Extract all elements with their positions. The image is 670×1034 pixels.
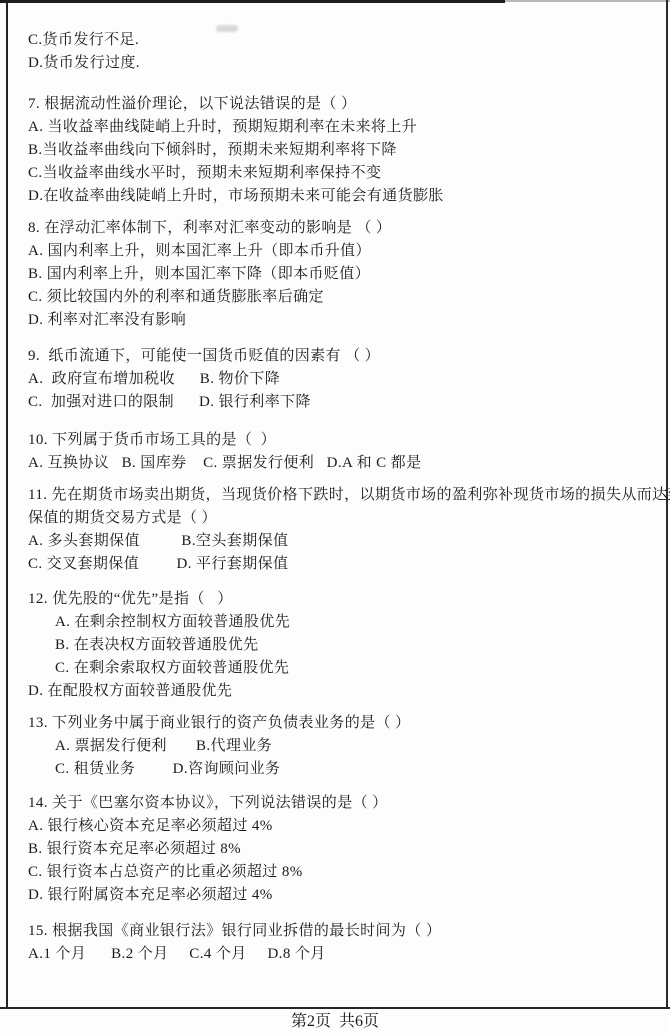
question-text: 7. 根据流动性溢价理论，以下说法错误的是（ ） bbox=[28, 93, 644, 116]
question-10: 10. 下列属于货币市场工具的是（ ）A. 互换协议 B. 国库券 C. 票据发… bbox=[28, 429, 644, 475]
question-6-remaining-options: C.货币发行不足.D.货币发行过度. bbox=[28, 29, 644, 75]
option-d: D.货币发行过度. bbox=[28, 52, 644, 75]
option-a: A. 当收益率曲线陡峭上升时，预期短期利率在未来将上升 bbox=[28, 116, 644, 139]
options-cd: C. 租赁业务 D.咨询顾问业务 bbox=[28, 758, 644, 781]
question-8: 8. 在浮动汇率体制下，利率对汇率变动的影响是 （ ）A. 国内利率上升，则本国… bbox=[28, 217, 644, 332]
question-text: 8. 在浮动汇率体制下，利率对汇率变动的影响是 （ ） bbox=[28, 217, 644, 240]
question-11: 11. 先在期货市场卖出期货，当现货价格下跌时，以期货市场的盈利弥补现货市场的损… bbox=[28, 484, 644, 576]
option-a: A. 银行核心资本充足率必须超过 4% bbox=[28, 815, 644, 838]
question-text: 15. 根据我国《商业银行法》银行同业拆借的最长时间为（ ） bbox=[28, 920, 644, 943]
options-abcd: A.1 个月 B.2 个月 C.4 个月 D.8 个月 bbox=[28, 943, 644, 966]
option-c: C. 银行资本占总资产的比重必须超过 8% bbox=[28, 861, 644, 884]
question-15: 15. 根据我国《商业银行法》银行同业拆借的最长时间为（ ）A.1 个月 B.2… bbox=[28, 920, 644, 966]
page-content: C.货币发行不足.D.货币发行过度.7. 根据流动性溢价理论，以下说法错误的是（… bbox=[28, 29, 644, 966]
question-text: 9. 纸币流通下，可能使一国货币贬值的因素有 （ ） bbox=[28, 345, 644, 368]
question-text: 12. 优先股的“优先”是指（ ） bbox=[28, 588, 644, 611]
option-d: D. 在配股权方面较普通股优先 bbox=[28, 680, 644, 703]
options-abcd: A. 互换协议 B. 国库券 C. 票据发行便利 D.A 和 C 都是 bbox=[28, 452, 644, 475]
option-c: C. 须比较国内外的利率和通货膨胀率后确定 bbox=[28, 286, 644, 309]
question-text: 10. 下列属于货币市场工具的是（ ） bbox=[28, 429, 644, 452]
question-text-continued: 保值的期货交易方式是（ ） bbox=[28, 507, 644, 530]
question-13: 13. 下列业务中属于商业银行的资产负债表业务的是（ ）A. 票据发行便利 B.… bbox=[28, 712, 644, 781]
options-cd: C. 加强对进口的限制 D. 银行利率下降 bbox=[28, 391, 644, 414]
question-text: 14. 关于《巴塞尔资本协议》，下列说法错误的是（ ） bbox=[28, 792, 644, 815]
question-text: 11. 先在期货市场卖出期货，当现货价格下跌时，以期货市场的盈利弥补现货市场的损… bbox=[28, 484, 644, 507]
option-b: B. 国内利率上升，则本国汇率下降（即本币贬值） bbox=[28, 263, 644, 286]
page-border-top bbox=[0, 0, 505, 3]
option-d: D. 银行附属资本充足率必须超过 4% bbox=[28, 884, 644, 907]
option-a: A. 在剩余控制权方面较普通股优先 bbox=[28, 611, 644, 634]
option-d: D.在收益率曲线陡峭上升时，市场预期未来可能会有通货膨胀 bbox=[28, 185, 644, 208]
page-border-right bbox=[666, 0, 668, 1009]
option-c: C.货币发行不足. bbox=[28, 29, 644, 52]
question-14: 14. 关于《巴塞尔资本协议》，下列说法错误的是（ ）A. 银行核心资本充足率必… bbox=[28, 792, 644, 907]
options-ab: A. 政府宣布增加税收 B. 物价下降 bbox=[28, 368, 644, 391]
page-border-top-faint bbox=[505, 0, 670, 2]
scanned-exam-page: C.货币发行不足.D.货币发行过度.7. 根据流动性溢价理论，以下说法错误的是（… bbox=[0, 0, 670, 1034]
options-cd: C. 交叉套期保值 D. 平行套期保值 bbox=[28, 553, 644, 576]
option-b: B.当收益率曲线向下倾斜时，预期未来短期利率将下降 bbox=[28, 139, 644, 162]
option-c: C. 在剩余索取权方面较普通股优先 bbox=[28, 657, 644, 680]
options-ab: A. 多头套期保值 B.空头套期保值 bbox=[28, 530, 644, 553]
option-b: B. 在表决权方面较普通股优先 bbox=[28, 634, 644, 657]
question-text: 13. 下列业务中属于商业银行的资产负债表业务的是（ ） bbox=[28, 712, 644, 735]
option-d: D. 利率对汇率没有影响 bbox=[28, 309, 644, 332]
question-12: 12. 优先股的“优先”是指（ ）A. 在剩余控制权方面较普通股优先B. 在表决… bbox=[28, 588, 644, 703]
page-footer: 第2页 共6页 bbox=[0, 1011, 670, 1033]
option-c: C.当收益率曲线水平时，预期未来短期利率保持不变 bbox=[28, 162, 644, 185]
question-9: 9. 纸币流通下，可能使一国货币贬值的因素有 （ ）A. 政府宣布增加税收 B.… bbox=[28, 345, 644, 414]
footer-divider bbox=[0, 1007, 670, 1009]
options-ab: A. 票据发行便利 B.代理业务 bbox=[28, 735, 644, 758]
page-border-left bbox=[6, 0, 8, 1009]
question-7: 7. 根据流动性溢价理论，以下说法错误的是（ ）A. 当收益率曲线陡峭上升时，预… bbox=[28, 93, 644, 208]
option-a: A. 国内利率上升，则本国汇率上升（即本币升值） bbox=[28, 240, 644, 263]
option-b: B. 银行资本充足率必须超过 8% bbox=[28, 838, 644, 861]
